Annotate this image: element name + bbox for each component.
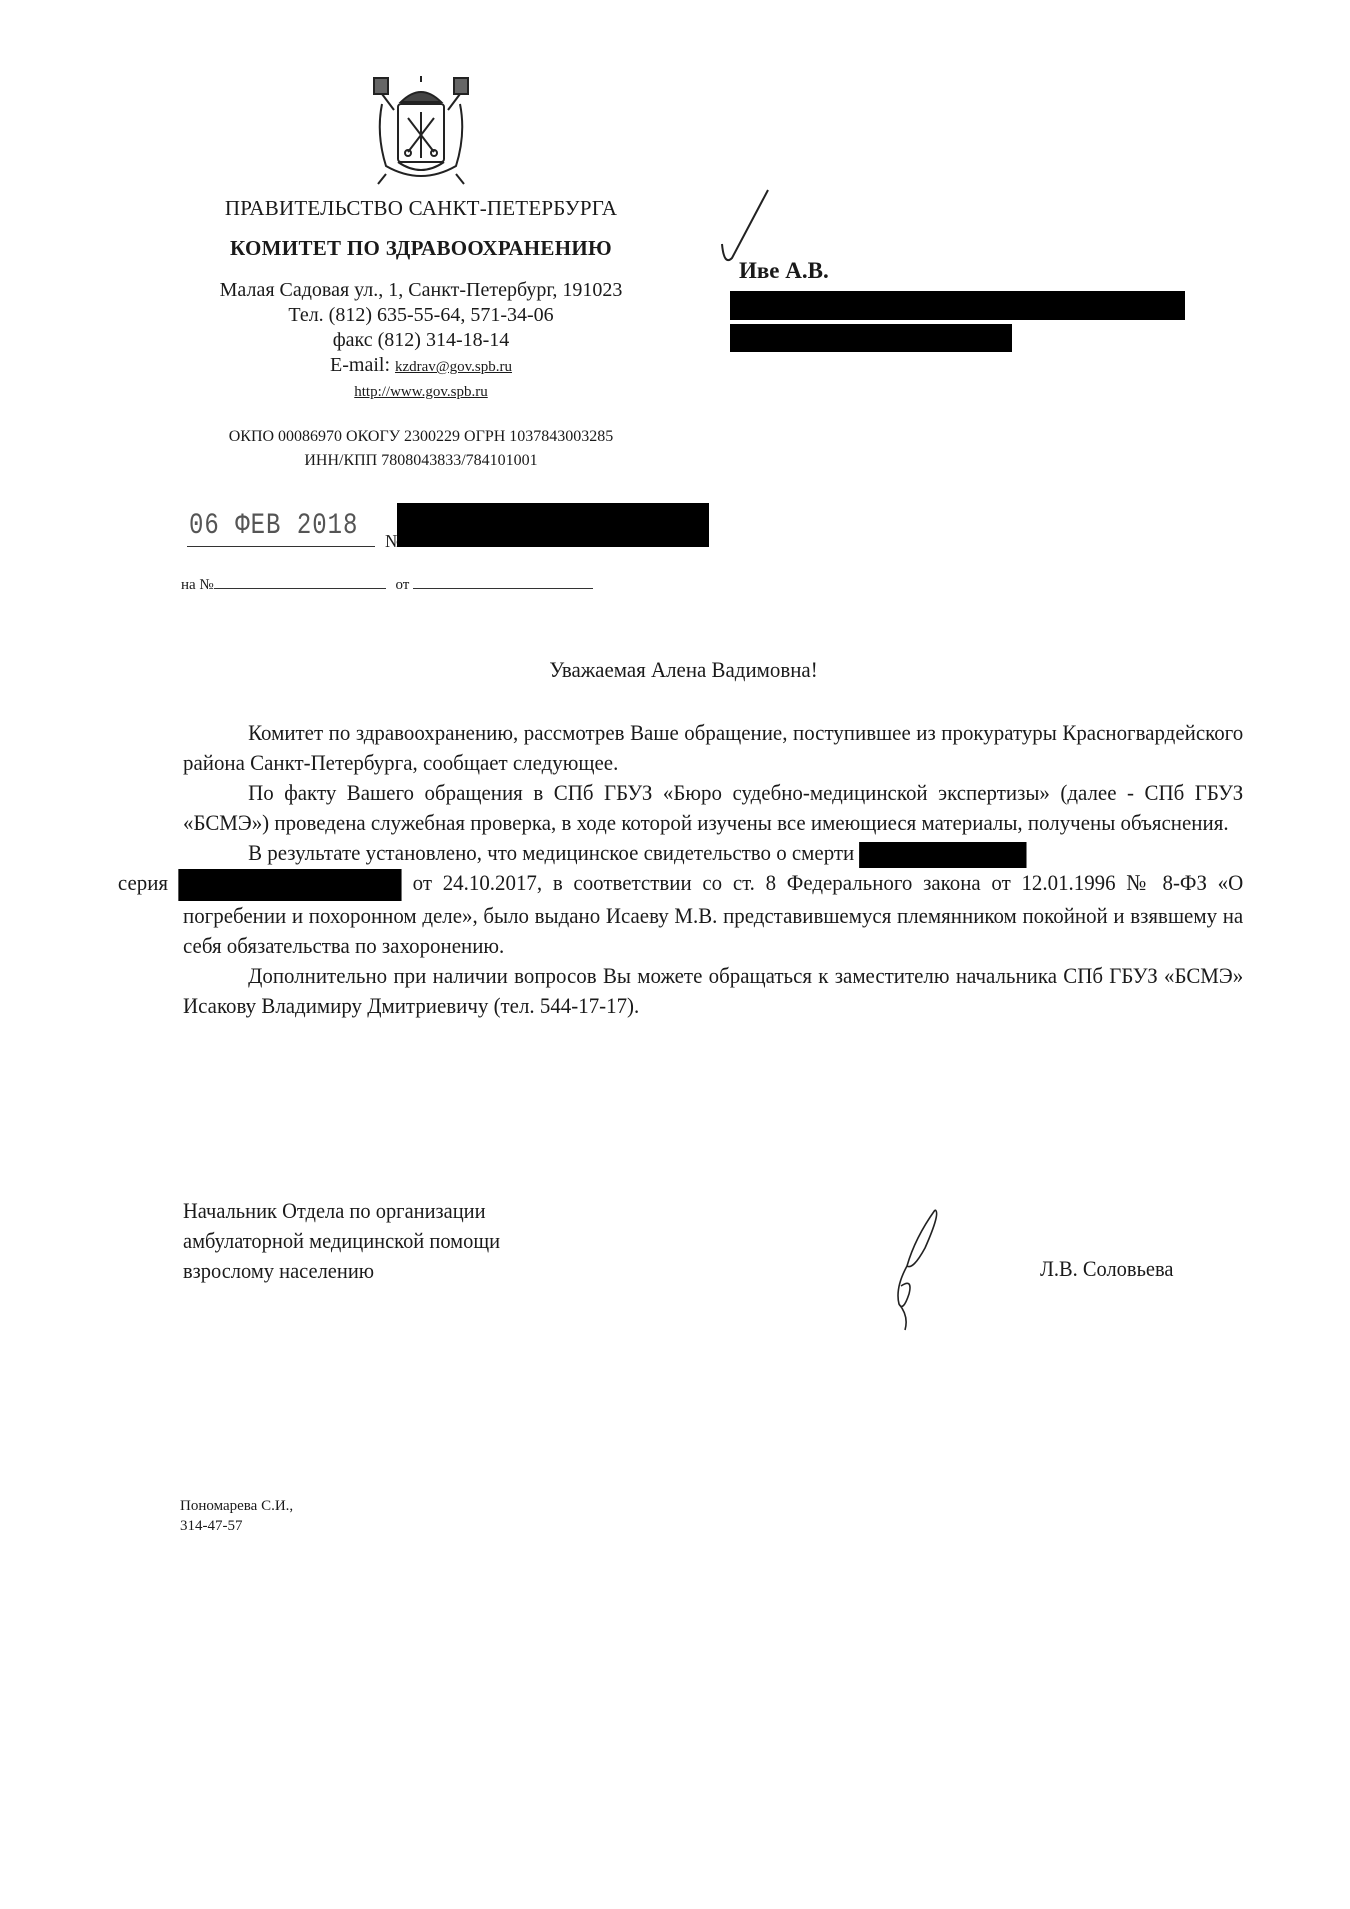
signatory-title-line-2: амбулаторной медицинской помощи [183, 1226, 500, 1256]
registry-codes: ОКПО 00086970 ОКОГУ 2300229 ОГРН 1037843… [161, 425, 681, 449]
series-label: серия [118, 870, 168, 895]
government-name: ПРАВИТЕЛЬСТВО САНКТ-ПЕТЕРБУРГА [171, 196, 671, 221]
email-link[interactable]: kzdrav@gov.spb.ru [395, 359, 512, 375]
signatory-title-line-3: взрослому населению [183, 1256, 500, 1286]
redacted-addressee-line-1 [730, 291, 1185, 320]
email-line: E-mail: kzdrav@gov.spb.ru [171, 353, 671, 380]
letter-body: Комитет по здравоохранению, рассмотрев В… [183, 718, 1243, 1021]
reply-date-field [413, 572, 593, 589]
email-label: E-mail: [330, 354, 395, 376]
paragraph-2: По факту Вашего обращения в СПб ГБУЗ «Бю… [183, 778, 1243, 838]
fax: факс (812) 314-18-14 [171, 328, 671, 353]
executor-name: Пономарева С.И., [180, 1496, 293, 1516]
greeting: Уважаемая Алена Вадимовна! [0, 657, 1350, 683]
registry-block: ОКПО 00086970 ОКОГУ 2300229 ОГРН 1037843… [161, 425, 681, 473]
paragraph-1: Комитет по здравоохранению, рассмотрев В… [183, 718, 1243, 778]
signatory-title-line-1: Начальник Отдела по организации [183, 1196, 500, 1226]
redacted-deceased-name [859, 842, 1026, 868]
executor-block: Пономарева С.И., 314-47-57 [180, 1496, 293, 1536]
coat-of-arms-icon [368, 74, 474, 186]
date-stamp: 06 ФЕВ 2018 [189, 509, 358, 543]
reply-number-field [214, 572, 386, 589]
reply-reference-line: на № от [181, 572, 593, 594]
addressee-name: Иве А.В. [739, 258, 829, 284]
phone: Тел. (812) 635-55-64, 571-34-06 [171, 303, 671, 328]
handwritten-signature-icon [885, 1208, 945, 1333]
address-block: Малая Садовая ул., 1, Санкт-Петербург, 1… [171, 278, 671, 405]
address: Малая Садовая ул., 1, Санкт-Петербург, 1… [171, 278, 671, 303]
signatory-title: Начальник Отдела по организации амбулато… [183, 1196, 500, 1286]
inn-kpp: ИНН/КПП 7808043833/784101001 [161, 449, 681, 473]
paragraph-4: Дополнительно при наличии вопросов Вы мо… [183, 961, 1243, 1021]
website-link[interactable]: http://www.gov.spb.ru [171, 380, 671, 405]
reply-number-label: на № [181, 577, 214, 593]
reply-date-label: от [396, 577, 410, 593]
redacted-number [397, 503, 709, 547]
executor-phone: 314-47-57 [180, 1516, 293, 1536]
paragraph-3: В результате установлено, что медицинско… [183, 838, 1243, 961]
paragraph-3-start: В результате установлено, что медицинско… [248, 840, 854, 865]
redacted-addressee-line-2 [730, 324, 1012, 352]
redacted-series [179, 869, 402, 901]
committee-name: КОМИТЕТ ПО ЗДРАВООХРАНЕНИЮ [171, 236, 671, 261]
checkmark-icon [718, 188, 774, 268]
signatory-name: Л.В. Соловьева [1040, 1256, 1173, 1282]
